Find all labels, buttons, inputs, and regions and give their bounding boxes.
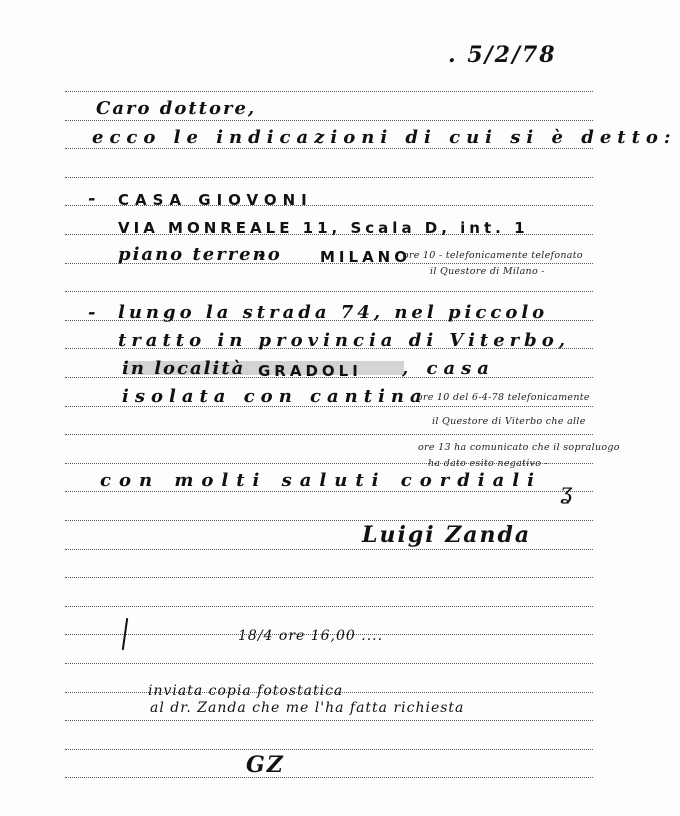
salutation: Caro dottore, <box>96 98 256 119</box>
address2-annotation-line3: ore 13 ha comunicato che il sopraluogo <box>418 442 620 453</box>
address2-line2: tratto in provincia di Viterbo, <box>118 330 570 351</box>
ruled-line <box>65 520 593 521</box>
address2-line3-suffix: , casa <box>402 358 495 379</box>
address1-bullet: - <box>88 188 97 209</box>
address2-line4: isolata con cantina <box>122 386 428 407</box>
letter-page: . 5/2/78 Caro dottore, ecco le indicazio… <box>0 0 680 816</box>
ruled-line <box>65 549 593 550</box>
followup-line3: al dr. Zanda che me l'ha fatta richiesta <box>150 700 464 716</box>
initials: GZ <box>246 752 285 778</box>
ruled-line <box>65 148 593 149</box>
signature: Luigi Zanda <box>362 522 531 548</box>
address2-line1: lungo la strada 74, nel piccolo <box>118 302 548 323</box>
ruled-line <box>65 577 593 578</box>
ruled-line <box>65 777 593 778</box>
address1-street: VIA MONREALE 11, Scala D, int. 1 <box>118 219 529 237</box>
intro-line: ecco le indicazioni di cui si è detto: <box>92 127 677 148</box>
ruled-line <box>65 434 593 435</box>
address2-annotation-line1: - ore 10 del 6-4-78 telefonicamente <box>410 392 590 403</box>
address2-place: GRADOLI <box>258 362 362 380</box>
ruled-line <box>65 606 593 607</box>
followup-line2: inviata copia fotostatica <box>148 683 343 699</box>
address1-name: CASA GIOVONI <box>118 191 313 209</box>
ruled-line <box>65 749 593 750</box>
letter-date: . 5/2/78 <box>448 42 557 68</box>
address2-annotation-line4: ha dato esito negativo - <box>428 458 548 469</box>
address2-bullet: - <box>88 302 97 323</box>
address1-dash: - <box>258 244 267 265</box>
ruled-line <box>65 291 593 292</box>
ruled-line <box>65 720 593 721</box>
address1-annotation-line2: il Questore di Milano - <box>430 266 545 277</box>
closing: con molti saluti cordiali <box>100 470 542 491</box>
ruled-line <box>65 120 593 121</box>
followup-line1: 18/4 ore 16,00 .... <box>238 628 383 644</box>
address2-line3-prefix: in località <box>122 358 245 379</box>
address2-annotation-line2: il Questore di Viterbo che alle <box>432 416 586 427</box>
brace-mark: ʓ <box>560 480 572 505</box>
address1-annotation-line1: - ore 10 - telefonicamente telefonato <box>396 250 583 261</box>
ruled-line <box>65 491 593 492</box>
ruled-line <box>65 663 593 664</box>
ruled-line <box>65 91 593 92</box>
ruled-line <box>65 177 593 178</box>
